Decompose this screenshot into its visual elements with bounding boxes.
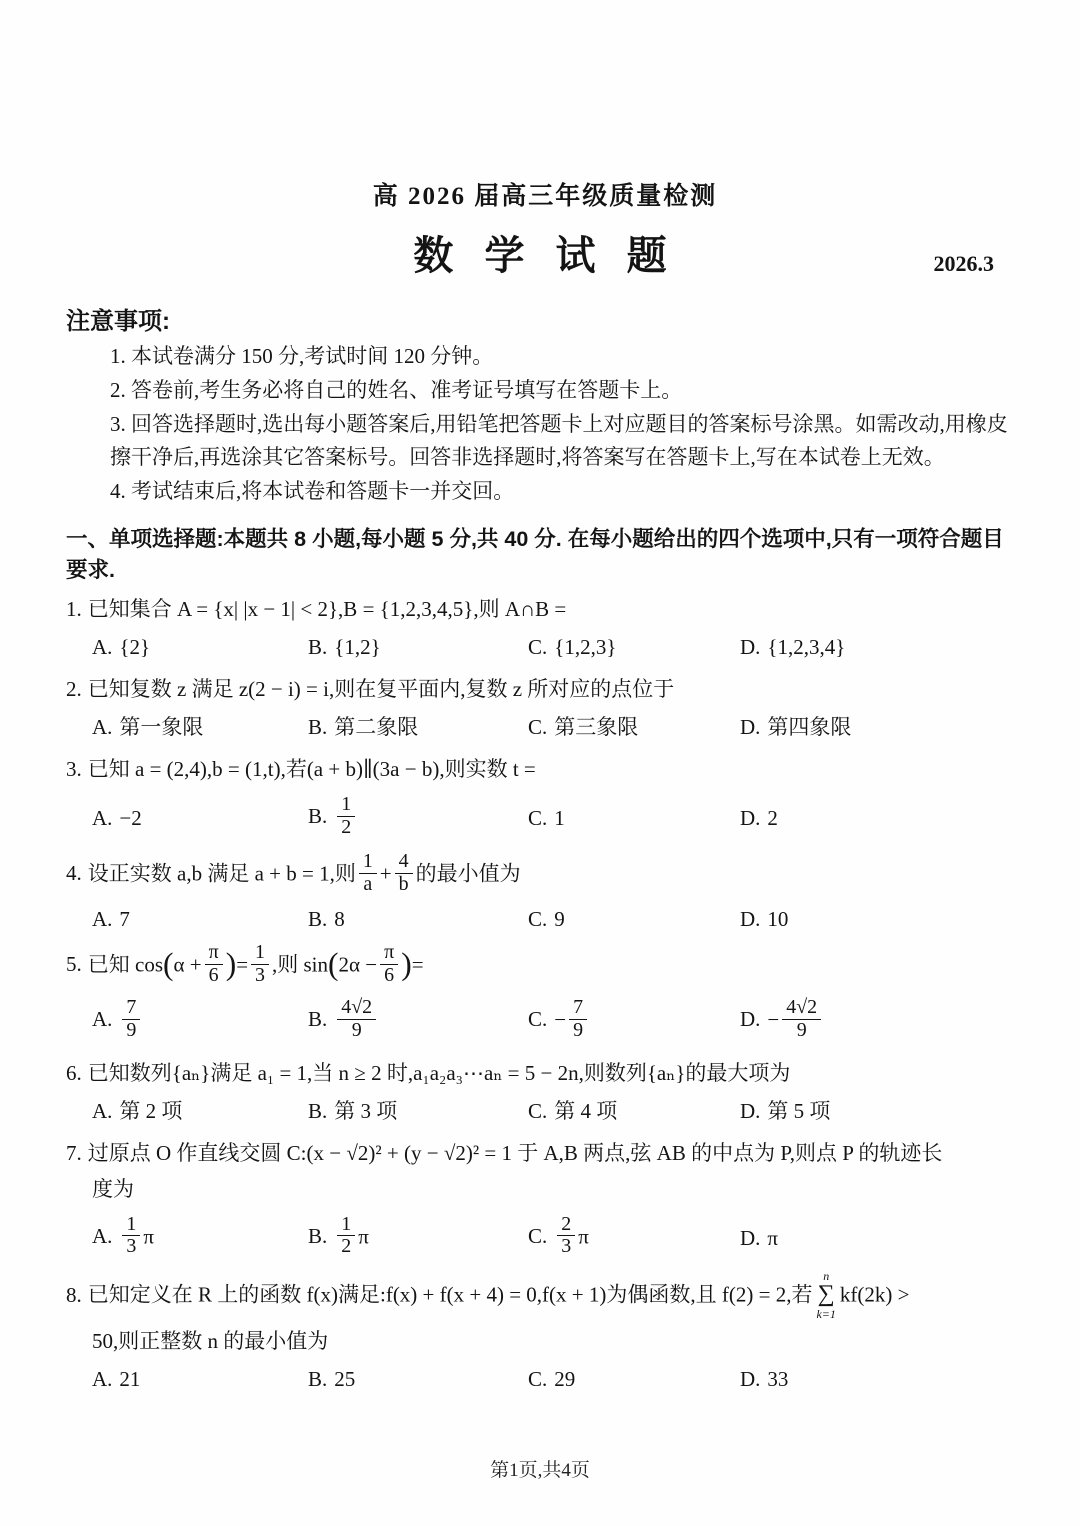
question-6-option-b: B.第 3 项	[308, 1096, 528, 1126]
fraction: 1a	[359, 851, 377, 896]
question-7-stem-line2: 度为	[92, 1172, 1024, 1206]
question-8-options: A.21 B.25 C.29 D.33	[66, 1364, 1024, 1394]
section-one-heading: 一、单项选择题:本题共 8 小题,每小题 5 分,共 40 分. 在每小题给出的…	[66, 522, 1024, 584]
question-2: 2.已知复数 z 满足 z(2 − i) = i,则在复平面内,复数 z 所对应…	[66, 672, 1024, 706]
title-row: 数 学 试 题 2026.3	[66, 224, 1024, 281]
question-4: 4.设正实数 a,b 满足 a + b = 1,则1a+4b的最小值为	[66, 853, 1024, 898]
question-4-option-d: D.10	[740, 904, 1024, 934]
question-4-option-b: B.8	[308, 904, 528, 934]
fraction: π6	[380, 942, 398, 987]
notice-item-1: 1. 本试卷满分 150 分,考试时间 120 分钟。	[110, 340, 1024, 373]
exam-page: 高 2026 届高三年级质量检测 数 学 试 题 2026.3 注意事项: 1.…	[0, 0, 1080, 1526]
question-7: 7.过原点 O 作直线交圆 C:(x − √2)² + (y − √2)² = …	[66, 1136, 1024, 1170]
question-6-number: 6.	[66, 1061, 82, 1085]
question-6-option-d: D.第 5 项	[740, 1096, 1024, 1126]
question-7-number: 7.	[66, 1141, 82, 1165]
question-5-option-b: B.4√29	[308, 999, 528, 1044]
question-7-option-c: C.23π	[528, 1216, 740, 1261]
question-7-options: A.13π B.12π C.23π D.π	[66, 1216, 1024, 1261]
question-8-stem-post: kf(2k) >	[840, 1283, 910, 1307]
question-8-option-d: D.33	[740, 1364, 1024, 1394]
question-2-option-d: D.第四象限	[740, 712, 1024, 742]
fraction: 4√29	[782, 997, 821, 1042]
question-6-options: A.第 2 项 B.第 3 项 C.第 4 项 D.第 5 项	[66, 1096, 1024, 1126]
question-5-option-a: A.79	[92, 999, 308, 1044]
question-5-option-d: D.−4√29	[740, 999, 1024, 1044]
question-8-stem-line2: 50,则正整数 n 的最小值为	[92, 1324, 1024, 1358]
question-5-options: A.79 B.4√29 C.−79 D.−4√29	[66, 999, 1024, 1044]
question-2-options: A.第一象限 B.第二象限 C.第三象限 D.第四象限	[66, 712, 1024, 742]
question-8-option-a: A.21	[92, 1364, 308, 1394]
question-2-number: 2.	[66, 677, 82, 701]
notice-item-4: 4. 考试结束后,将本试卷和答题卡一并交回。	[110, 475, 1024, 508]
question-5: 5.已知 cos(α +π6)=13,则 sin(2α −π6)=	[66, 944, 1024, 989]
question-3-option-c: C.1	[528, 803, 740, 833]
left-paren: (	[328, 946, 339, 981]
question-3-option-d: D.2	[740, 803, 1024, 833]
question-3: 3.已知 a = (2,4),b = (1,t),若(a + b)∥(3a − …	[66, 752, 1024, 786]
question-4-number: 4.	[66, 861, 82, 885]
question-1-number: 1.	[66, 597, 82, 621]
right-paren: )	[401, 946, 412, 981]
question-2-option-b: B.第二象限	[308, 712, 528, 742]
question-7-option-d: D.π	[740, 1223, 1024, 1253]
notice-item-2: 2. 答卷前,考生务必将自己的姓名、准考证号填写在答题卡上。	[110, 374, 1024, 407]
question-3-option-a: A.−2	[92, 803, 308, 833]
summation-symbol: n∑k=1	[816, 1270, 835, 1319]
question-6-option-a: A.第 2 项	[92, 1096, 308, 1126]
fraction: 79	[122, 997, 140, 1042]
question-1-options: A.{2} B.{1,2} C.{1,2,3} D.{1,2,3,4}	[66, 632, 1024, 662]
subject-title: 数 学 试 题	[413, 234, 676, 278]
question-7-stem-line1: 过原点 O 作直线交圆 C:(x − √2)² + (y − √2)² = 1 …	[88, 1141, 943, 1165]
question-8-option-c: C.29	[528, 1364, 740, 1394]
question-5-option-c: C.−79	[528, 999, 740, 1044]
fraction: 4√29	[337, 997, 376, 1042]
question-4-options: A.7 B.8 C.9 D.10	[66, 904, 1024, 934]
notice-heading: 注意事项:	[66, 301, 1024, 336]
fraction: 4b	[395, 851, 413, 896]
question-2-option-c: C.第三象限	[528, 712, 740, 742]
fraction: 23	[557, 1214, 575, 1259]
question-1-option-d: D.{1,2,3,4}	[740, 632, 1024, 662]
question-4-option-c: C.9	[528, 904, 740, 934]
question-1: 1.已知集合 A = {x| |x − 1| < 2},B = {1,2,3,4…	[66, 592, 1024, 626]
question-4-option-a: A.7	[92, 904, 308, 934]
question-3-stem: 已知 a = (2,4),b = (1,t),若(a + b)∥(3a − b)…	[88, 757, 536, 781]
question-8-option-b: B.25	[308, 1364, 528, 1394]
question-3-option-b: B.12	[308, 796, 528, 841]
question-8-number: 8.	[66, 1283, 82, 1307]
left-paren: (	[163, 946, 174, 981]
question-1-option-b: B.{1,2}	[308, 632, 528, 662]
question-2-option-a: A.第一象限	[92, 712, 308, 742]
question-5-number: 5.	[66, 952, 82, 976]
exam-session-title: 高 2026 届高三年级质量检测	[66, 176, 1024, 212]
question-6-option-c: C.第 4 项	[528, 1096, 740, 1126]
question-2-stem: 已知复数 z 满足 z(2 − i) = i,则在复平面内,复数 z 所对应的点…	[88, 677, 675, 701]
question-4-stem-post: 的最小值为	[416, 861, 521, 885]
question-7-option-a: A.13π	[92, 1216, 308, 1261]
question-1-option-c: C.{1,2,3}	[528, 632, 740, 662]
page-footer: 第1页,共4页	[0, 1455, 1080, 1482]
question-8-stem-pre: 已知定义在 R 上的函数 f(x)满足:f(x) + f(x + 4) = 0,…	[88, 1283, 813, 1307]
question-6: 6.已知数列{aₙ}满足 a₁ = 1,当 n ≥ 2 时,a₁a₂a₃⋯aₙ …	[66, 1056, 1024, 1090]
fraction: 12	[337, 1214, 355, 1259]
question-3-options: A.−2 B.12 C.1 D.2	[66, 796, 1024, 841]
fraction: π6	[205, 942, 223, 987]
notice-item-3: 3. 回答选择题时,选出每小题答案后,用铅笔把答题卡上对应题目的答案标号涂黑。如…	[110, 408, 1024, 474]
question-3-number: 3.	[66, 757, 82, 781]
right-paren: )	[226, 946, 237, 981]
fraction: 13	[251, 942, 269, 987]
question-6-stem: 已知数列{aₙ}满足 a₁ = 1,当 n ≥ 2 时,a₁a₂a₃⋯aₙ = …	[88, 1061, 791, 1085]
question-8: 8.已知定义在 R 上的函数 f(x)满足:f(x) + f(x + 4) = …	[66, 1272, 1024, 1321]
question-7-option-b: B.12π	[308, 1216, 528, 1261]
exam-date: 2026.3	[934, 251, 995, 277]
question-1-option-a: A.{2}	[92, 632, 308, 662]
fraction: 79	[569, 997, 587, 1042]
question-1-stem: 已知集合 A = {x| |x − 1| < 2},B = {1,2,3,4,5…	[88, 597, 567, 621]
question-4-stem-pre: 设正实数 a,b 满足 a + b = 1,则	[88, 861, 356, 885]
fraction: 12	[337, 794, 355, 839]
fraction: 13	[122, 1214, 140, 1259]
